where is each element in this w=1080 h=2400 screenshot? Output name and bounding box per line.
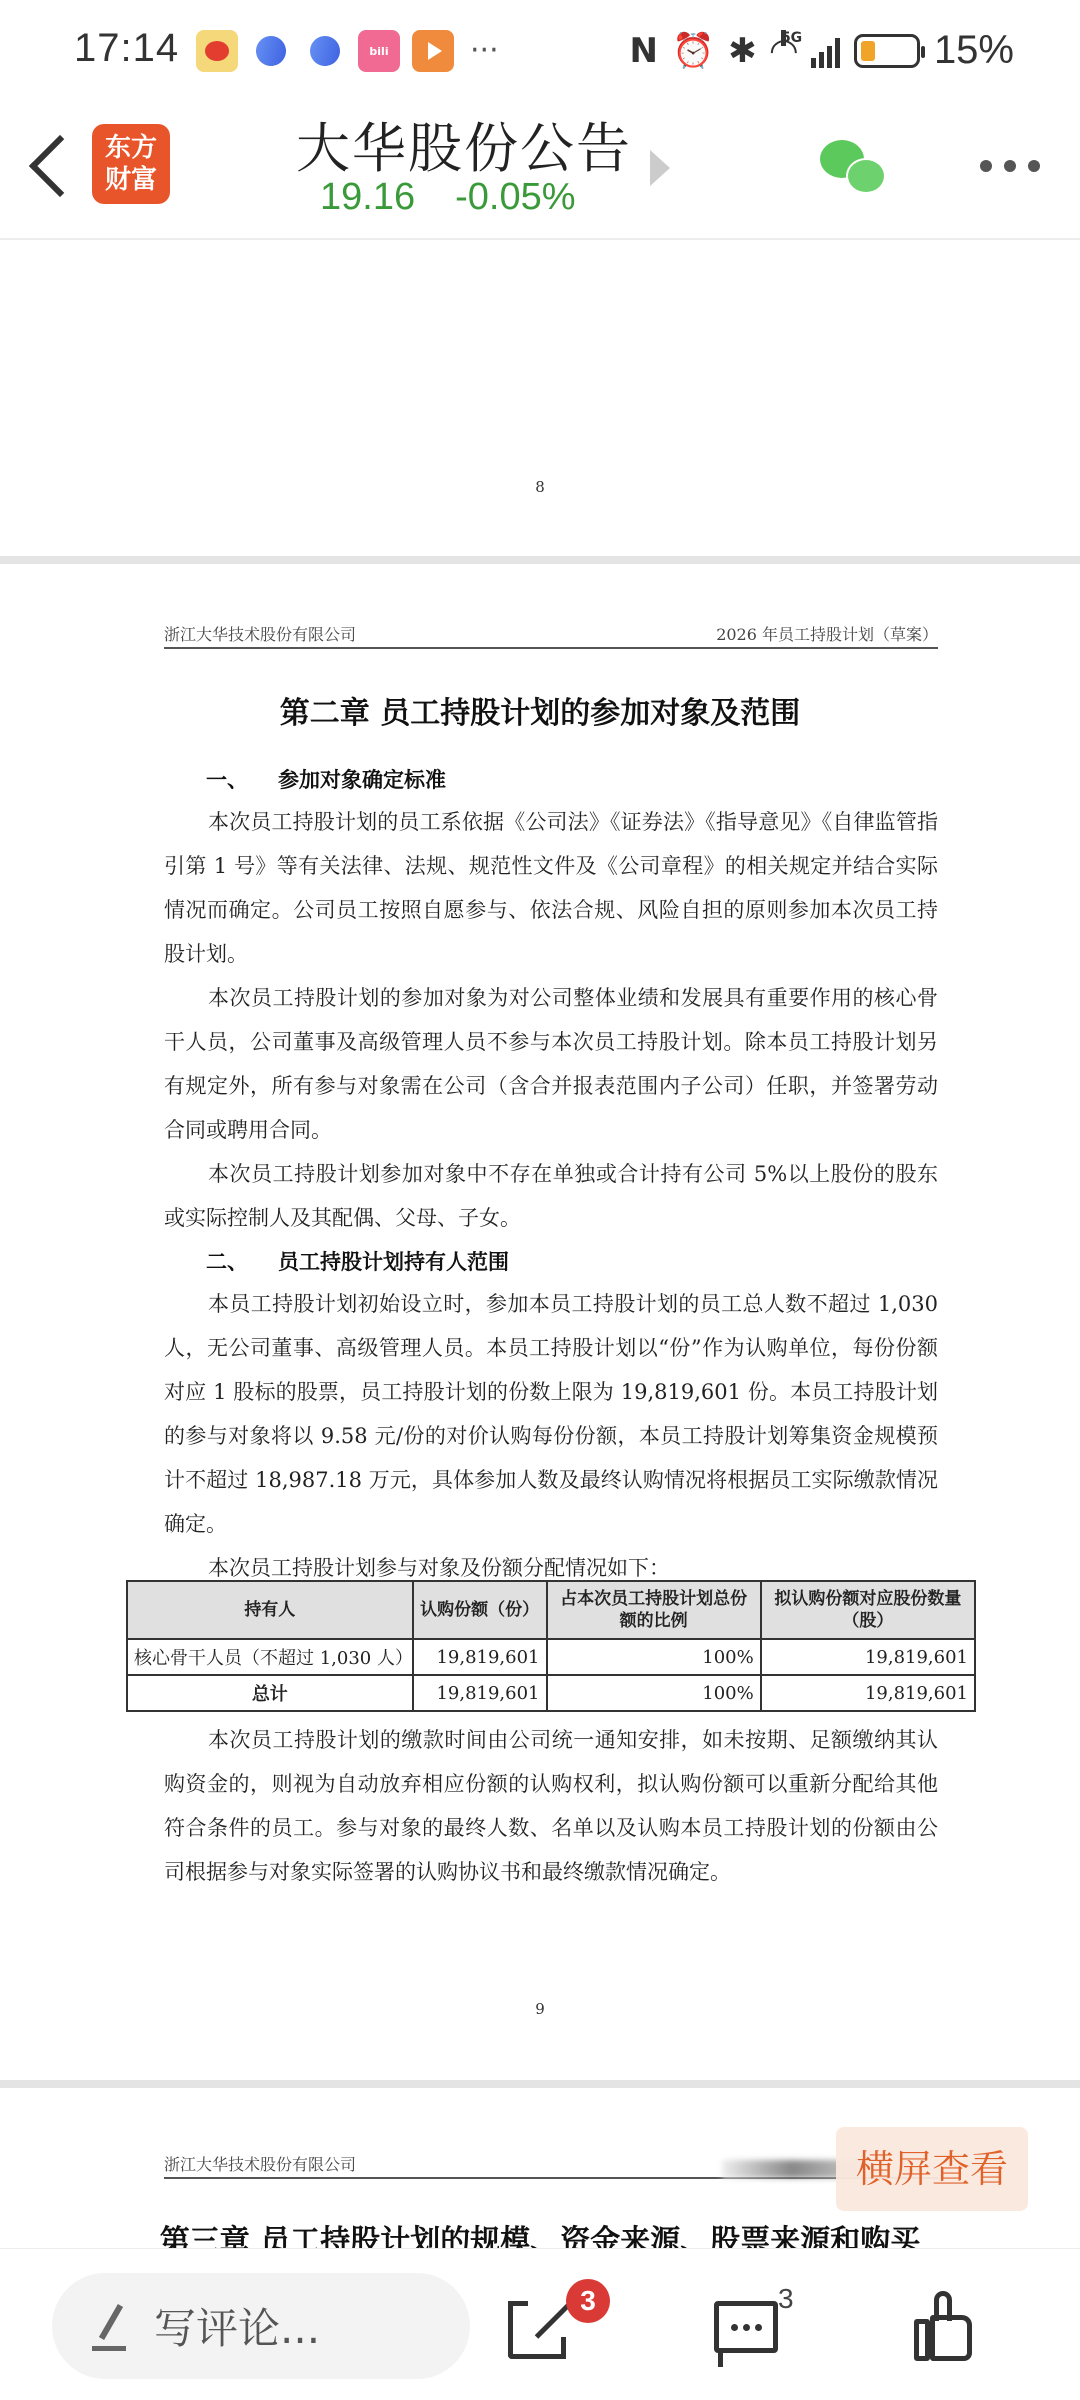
section-heading-1: 一、参加对象确定标准 <box>206 764 446 794</box>
paragraph: 本次员工持股计划的员工系依据《公司法》《证券法》《指导意见》《自律监管指引第 1… <box>164 800 938 976</box>
comment-input[interactable]: 写评论... <box>52 2273 470 2379</box>
cellular-signal-icon: 5G <box>811 34 840 68</box>
nfc-icon: N <box>629 31 657 71</box>
page-separator <box>0 2080 1080 2088</box>
stock-price: 19.16 <box>320 176 415 218</box>
chapter-title: 第二章 员工持股计划的参加对象及范围 <box>0 688 1080 732</box>
paragraph: 本次员工持股计划的参加对象为对公司整体业绩和发展具有重要作用的核心骨干人员，公司… <box>164 976 938 1152</box>
wechat-share-button[interactable] <box>820 140 890 200</box>
app-header: 东方 财富 大华股份公告 19.16-0.05% <box>0 100 1080 240</box>
share-badge: 3 <box>566 2279 610 2323</box>
allocation-table: 持有人 认购份额（份） 占本次员工持股计划总份额的比例 拟认购份额对应股份数量（… <box>126 1580 976 1712</box>
pencil-icon <box>92 2301 132 2351</box>
status-bar: 17:14 bili ··· N ⏰ ✱ ◠ 5G 15% <box>0 0 1080 100</box>
landscape-view-button[interactable]: 横屏查看 <box>836 2127 1028 2211</box>
stock-quote[interactable]: 19.16-0.05% <box>320 176 576 219</box>
thumbs-up-icon <box>914 2319 930 2361</box>
bottom-action-bar: 写评论... 3 3 <box>0 2248 1080 2400</box>
stock-change: -0.05% <box>455 176 575 218</box>
eastmoney-logo[interactable]: 东方 财富 <box>92 124 170 204</box>
page-separator <box>0 556 1080 564</box>
running-header: 浙江大华技术股份有限公司 2026 年员工持股计划（草案） <box>164 622 938 649</box>
share-icon <box>508 2301 566 2359</box>
table-row-total: 总计 19,819,601 100% 19,819,601 <box>127 1675 975 1711</box>
chevron-right-icon[interactable] <box>650 150 670 186</box>
back-button[interactable] <box>26 132 72 202</box>
paragraph: 本次员工持股计划参加对象中不存在单独或合计持有公司 5%以上股份的股东或实际控制… <box>164 1152 938 1240</box>
table-row: 核心骨干人员（不超过 1,030 人） 19,819,601 100% 19,8… <box>127 1639 975 1675</box>
notification-icons: bili ··· <box>196 30 499 72</box>
comment-icon <box>714 2301 778 2353</box>
more-notifications-icon: ··· <box>470 41 499 61</box>
bilibili-icon: bili <box>358 30 400 72</box>
battery-percent: 15% <box>934 28 1014 73</box>
paragraph: 本次员工持股计划的缴款时间由公司统一通知安排，如未按期、足额缴纳其认购资金的，则… <box>164 1718 938 1894</box>
like-button[interactable] <box>910 2285 990 2365</box>
comment-count: 3 <box>778 2283 794 2315</box>
alarm-icon: ⏰ <box>672 31 714 71</box>
video-player-icon <box>412 30 454 72</box>
battery-icon <box>854 34 920 68</box>
document-viewer[interactable]: 8 浙江大华技术股份有限公司 2026 年员工持股计划（草案） 第二章 员工持股… <box>0 242 1080 2248</box>
table-header-row: 持有人 认购份额（份） 占本次员工持股计划总份额的比例 拟认购份额对应股份数量（… <box>127 1581 975 1639</box>
section-heading-2: 二、员工持股计划持有人范围 <box>206 1246 509 1276</box>
page-number-prev: 8 <box>0 478 1080 496</box>
chapter-title-next: 第三章 员工持股计划的规模、资金来源、股票来源和购买 <box>0 2216 1080 2248</box>
page-number: 9 <box>0 2000 1080 2018</box>
bluetooth-icon: ✱ <box>728 31 757 71</box>
weibo-icon <box>196 30 238 72</box>
clock: 17:14 <box>74 26 179 71</box>
system-icons: N ⏰ ✱ ◠ 5G 15% <box>629 28 1014 73</box>
more-options-button[interactable] <box>980 160 1040 172</box>
page-title: 大华股份公告 <box>296 106 632 183</box>
browser-icon <box>250 30 292 72</box>
browser-icon <box>304 30 346 72</box>
paragraph: 本员工持股计划初始设立时，参加本员工持股计划的员工总人数不超过 1,030 人，… <box>164 1282 938 1546</box>
